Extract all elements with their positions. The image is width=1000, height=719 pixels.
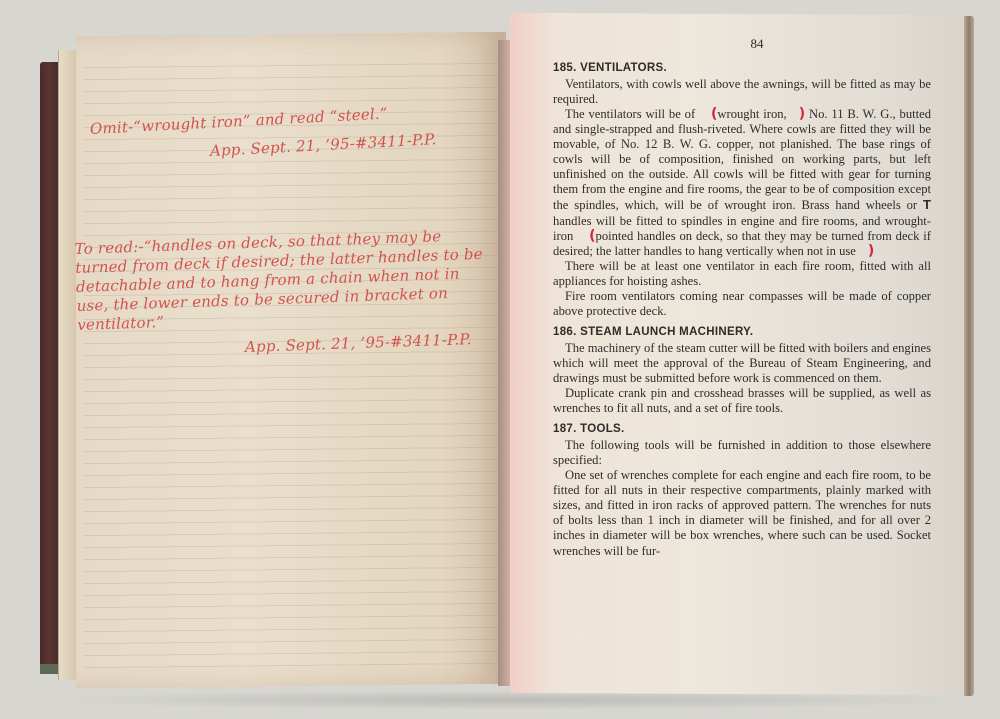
- paragraph: One set of wrenches complete for each en…: [553, 468, 931, 558]
- red-open-bracket-mark: (: [577, 231, 595, 241]
- section-number: 185.: [553, 62, 577, 74]
- section-title: VENTILATORS.: [580, 62, 667, 74]
- section-heading-187: 187. TOOLS.: [553, 422, 931, 437]
- paragraph: There will be at least one ventilator in…: [553, 259, 931, 289]
- page-number: 84: [553, 36, 931, 51]
- paragraph: Duplicate crank pin and crosshead brasse…: [553, 386, 931, 416]
- red-close-bracket-mark: ): [787, 109, 805, 119]
- text-run: No. 11 B. W. G., butted and single-strap…: [553, 107, 931, 212]
- section-number: 187.: [553, 423, 577, 435]
- paragraph: Ventilators, with cowls well above the a…: [553, 77, 931, 107]
- t-handle-glyph: T: [923, 197, 931, 212]
- section-heading-186: 186. STEAM LAUNCH MACHINERY.: [553, 325, 931, 340]
- right-page-edges: [964, 16, 974, 696]
- section-title: STEAM LAUNCH MACHINERY.: [580, 326, 753, 338]
- section-heading-185: 185. VENTILATORS.: [553, 61, 931, 76]
- red-open-bracket-mark: (: [699, 109, 717, 119]
- paragraph: The machinery of the steam cutter will b…: [553, 341, 931, 386]
- handwritten-note-2: To read:-“handles on deck, so that they …: [74, 226, 487, 335]
- section-number: 186.: [553, 326, 577, 338]
- marked-text-wrought-iron: wrought iron,: [717, 107, 786, 121]
- section-title: TOOLS.: [580, 423, 624, 435]
- paragraph: Fire room ventilators coming near compas…: [553, 289, 931, 319]
- paragraph: The following tools will be furnished in…: [553, 438, 931, 468]
- marked-text-handles: pointed handles on deck, so that they ma…: [553, 229, 931, 258]
- text-run: The ventilators will be of: [565, 107, 699, 121]
- red-close-bracket-mark: ): [856, 246, 874, 256]
- paragraph-annotated: The ventilators will be of (wrought iron…: [553, 107, 931, 258]
- printed-text: 84 185. VENTILATORS. Ventilators, with c…: [553, 36, 931, 559]
